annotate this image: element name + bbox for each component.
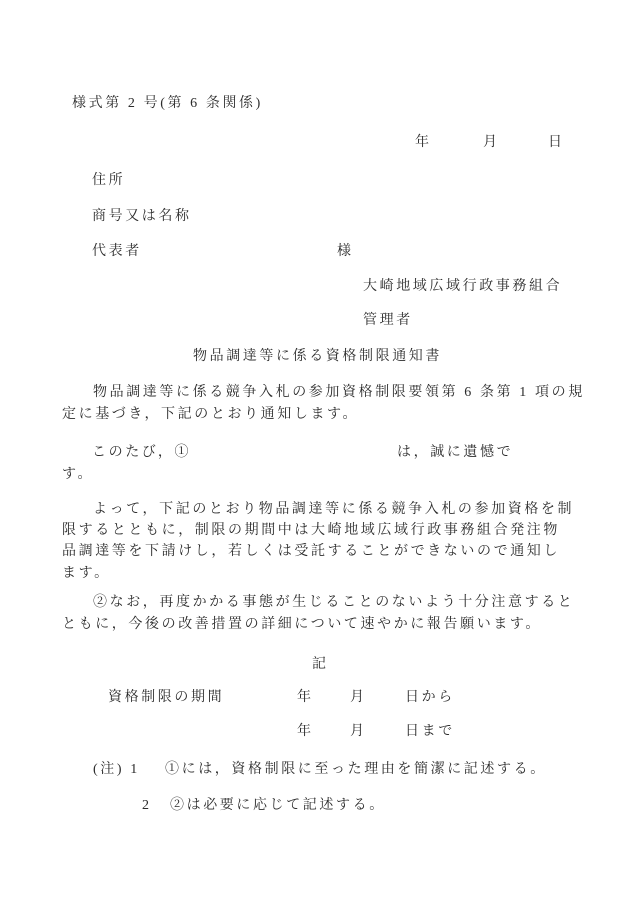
period-to-year-label: 年 — [297, 722, 314, 742]
note2-number: 2 — [142, 796, 152, 816]
honorific-label: 様 — [337, 242, 354, 262]
paragraph3-line3: 品調達等を下請けし，若しくは受託することができないので通知し — [62, 542, 560, 562]
date-day-label: 日 — [548, 133, 565, 153]
note1-prefix: (注) 1 — [93, 760, 140, 780]
paragraph3-line1: よって，下記のとおり物品調達等に係る競争入札の参加資格を制 — [93, 500, 574, 520]
document-title: 物品調達等に係る資格制限通知書 — [193, 347, 442, 367]
period-to-day-label: 日まで — [405, 722, 455, 742]
period-from-year-label: 年 — [297, 688, 314, 708]
paragraph3-line2: 限するとともに，制限の期間中は大崎地域広域行政事務組合発注物 — [62, 521, 560, 541]
document-page: 様式第 2 号(第 6 条関係) 年 月 日 住所 商号又は名称 代表者 様 大… — [0, 0, 630, 915]
address-label: 住所 — [92, 171, 125, 191]
record-marker: 記 — [312, 655, 329, 675]
company-name-label: 商号又は名称 — [92, 207, 192, 227]
paragraph1-line1: 物品調達等に係る競争入札の参加資格制限要領第 6 条第 1 項の規 — [93, 383, 585, 403]
paragraph1-line2: 定に基づき，下記のとおり通知します。 — [62, 405, 359, 425]
form-number: 様式第 2 号(第 6 条関係) — [72, 94, 263, 114]
paragraph3-line4: ます。 — [62, 564, 111, 584]
date-month-label: 月 — [483, 133, 500, 153]
restriction-period-label: 資格制限の期間 — [108, 688, 224, 708]
paragraph2-line1-right: は，誠に遺憾で — [397, 443, 513, 463]
paragraph2-line2: す。 — [62, 465, 94, 485]
period-from-month-label: 月 — [350, 688, 367, 708]
note1-text: ①には，資格制限に至った理由を簡潔に記述する。 — [165, 760, 547, 780]
sender-title: 管理者 — [363, 311, 413, 331]
paragraph4-line2: ともに，今後の改善措置の詳細について速やかに報告願います。 — [62, 615, 542, 635]
representative-label: 代表者 — [92, 242, 142, 262]
period-from-day-label: 日から — [405, 688, 455, 708]
paragraph2-line1-left: このたび，① — [92, 443, 191, 463]
period-to-month-label: 月 — [350, 722, 367, 742]
date-year-label: 年 — [415, 133, 432, 153]
note2-text: ②は必要に応じて記述する。 — [170, 796, 386, 816]
paragraph4-line1: ②なお，再度かかる事態が生じることのないよう十分注意すると — [93, 593, 574, 613]
sender-organization: 大崎地域広域行政事務組合 — [363, 277, 562, 297]
